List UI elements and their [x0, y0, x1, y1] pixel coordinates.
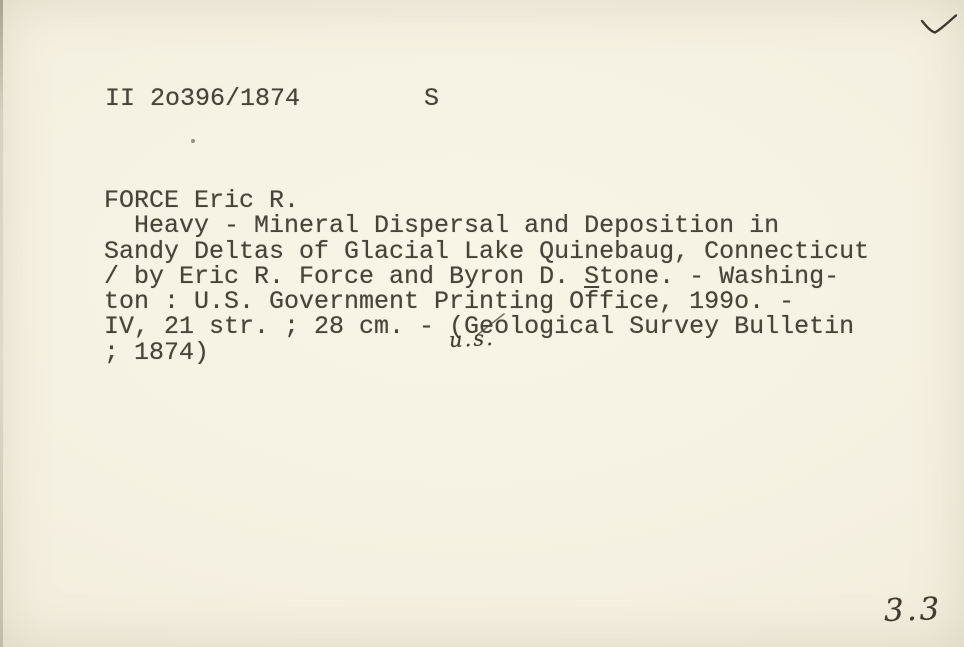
imprint-line: ton : U.S. Government Printing Office, 1… [104, 289, 869, 314]
catalog-card-scan: II 2o396/1874 S FORCE Eric R. Heavy - Mi… [0, 0, 964, 647]
handwritten-page-number: 3.3 [883, 591, 943, 629]
author-heading: FORCE Eric R. [104, 188, 869, 213]
stray-ink-dot [191, 139, 195, 143]
statement-line: / by Eric R. Force and Byron D. Stone. -… [104, 264, 869, 289]
size-letter: S [424, 84, 439, 113]
title-line-1: Heavy - Mineral Dispersal and Deposition… [104, 213, 869, 238]
title-line-2: Sandy Deltas of Glacial Lake Quinebaug, … [104, 239, 869, 264]
pen-checkmark-icon [920, 12, 958, 38]
call-number: II 2o396/1874 [105, 84, 300, 113]
handwritten-us-annotation: u.s. [448, 326, 495, 352]
scanner-edge-artifact [0, 0, 3, 647]
